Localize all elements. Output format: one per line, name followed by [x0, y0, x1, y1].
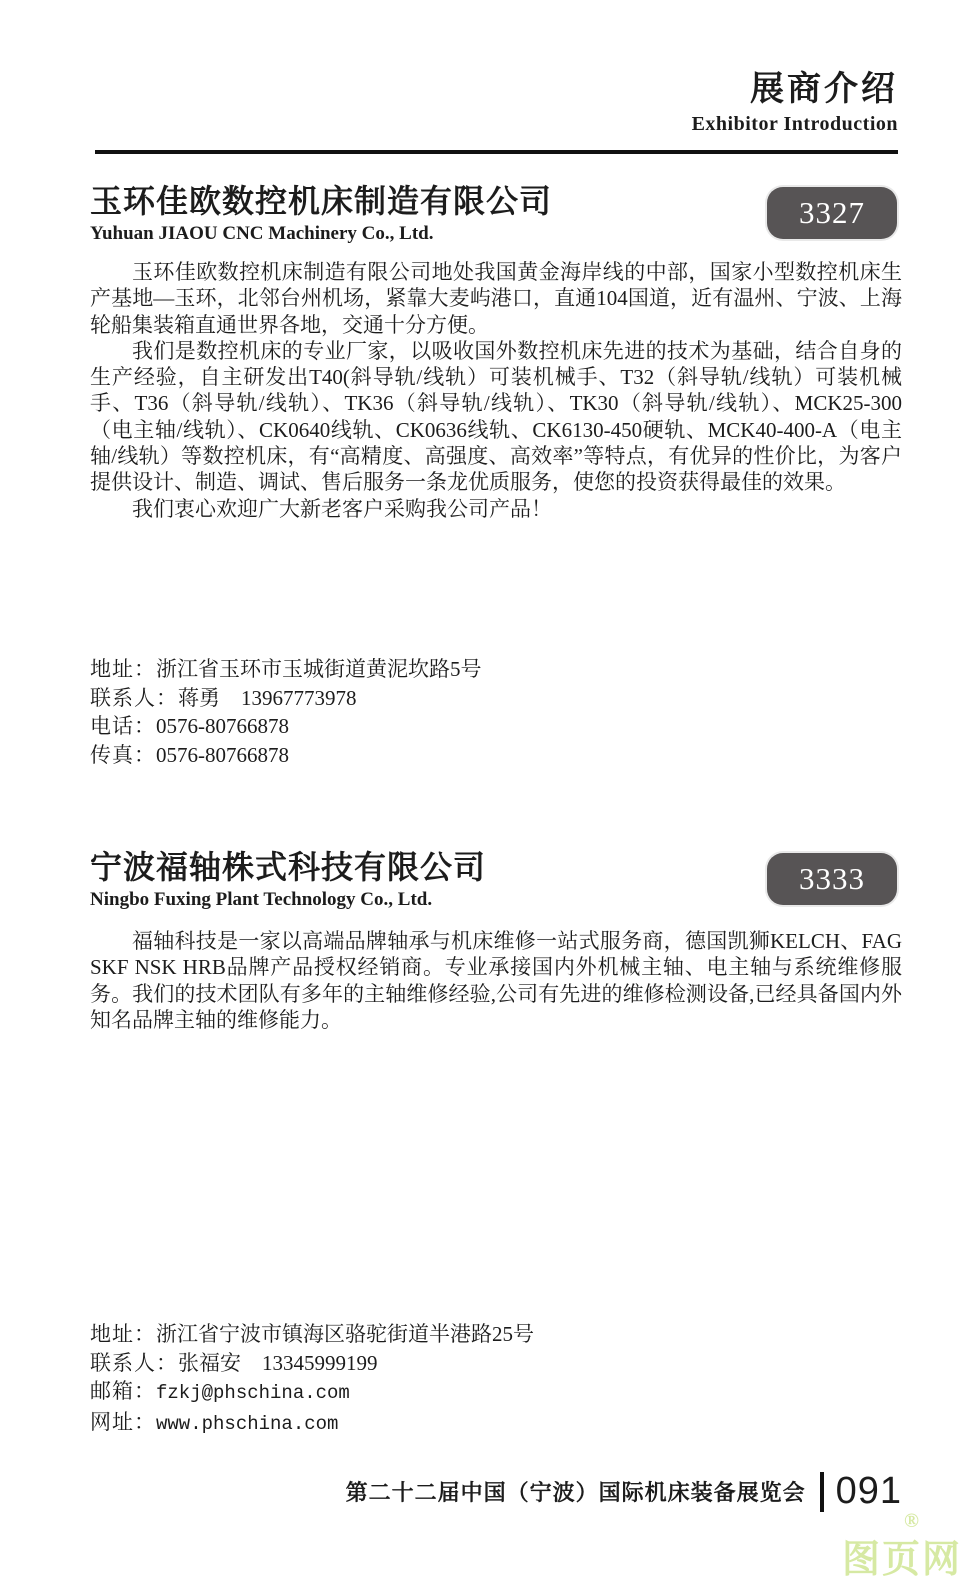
- contact-row-person: 联系人：张福安 13345999199: [90, 1349, 902, 1378]
- paragraph: 玉环佳欧数控机床制造有限公司地处我国黄金海岸线的中部，国家小型数控机床生产基地—…: [90, 259, 902, 338]
- contact-label: 地址：: [90, 1322, 156, 1346]
- paragraph: 我们是数控机床的专业厂家，以吸收国外数控机床先进的技术为基础，结合自身的生产经验…: [90, 338, 902, 496]
- contact-row-email: 邮箱：fzkj@phschina.com: [90, 1377, 902, 1408]
- footer-page-number: 091: [836, 1470, 902, 1513]
- contact-value: 张福安 13345999199: [178, 1351, 378, 1375]
- exhibitor-1-description: 玉环佳欧数控机床制造有限公司地处我国黄金海岸线的中部，国家小型数控机床生产基地—…: [90, 259, 902, 522]
- paragraph: 我们衷心欢迎广大新老客户采购我公司产品！: [90, 496, 902, 522]
- contact-row-fax: 传真：0576-80766878: [90, 741, 902, 770]
- exhibitor-1-header: 玉环佳欧数控机床制造有限公司 Yuhuan JIAOU CNC Machiner…: [90, 183, 900, 245]
- contact-row-person: 联系人：蒋勇 13967773978: [90, 684, 902, 713]
- contact-value-website: www.phschina.com: [156, 1413, 338, 1435]
- paragraph: 福轴科技是一家以高端品牌轴承与机床维修一站式服务商，德国凯狮KELCH、FAG …: [90, 928, 902, 1033]
- watermark-text: 图页网: [842, 1528, 962, 1583]
- contact-label: 联系人：: [90, 1351, 178, 1375]
- exhibitor-1-contacts: 地址：浙江省玉环市玉城街道黄泥坎路5号 联系人：蒋勇 13967773978 电…: [90, 655, 902, 769]
- exhibitor-2-contacts: 地址：浙江省宁波市镇海区骆驼街道半港路25号 联系人：张福安 133459991…: [90, 1320, 902, 1438]
- contact-label: 地址：: [90, 657, 156, 681]
- exhibitor-2-booth-badge: 3333: [767, 853, 897, 905]
- contact-label: 联系人：: [90, 686, 178, 710]
- header-divider: [95, 150, 898, 154]
- contact-value: 0576-80766878: [156, 743, 289, 767]
- exhibitor-1-booth-badge: 3327: [767, 187, 897, 239]
- footer-event-title: 第二十二届中国（宁波）国际机床装备展览会: [346, 1476, 806, 1507]
- catalog-page: 展商介绍 Exhibitor Introduction 玉环佳欧数控机床制造有限…: [0, 0, 980, 1583]
- exhibitor-2-description: 福轴科技是一家以高端品牌轴承与机床维修一站式服务商，德国凯狮KELCH、FAG …: [90, 928, 902, 1033]
- contact-label: 网址：: [90, 1410, 156, 1434]
- contact-row-address: 地址：浙江省玉环市玉城街道黄泥坎路5号: [90, 655, 902, 684]
- tuyewang-watermark-logo: ® 图页网: [842, 1510, 976, 1576]
- contact-value: 0576-80766878: [156, 714, 289, 738]
- contact-label: 电话：: [90, 714, 156, 738]
- contact-value: 浙江省宁波市镇海区骆驼街道半港路25号: [156, 1322, 534, 1346]
- contact-label: 传真：: [90, 743, 156, 767]
- exhibitor-2-header: 宁波福轴株式科技有限公司 Ningbo Fuxing Plant Technol…: [90, 849, 900, 911]
- contact-label: 邮箱：: [90, 1379, 156, 1403]
- page-header: 展商介绍 Exhibitor Introduction: [692, 70, 898, 136]
- contact-row-website: 网址：www.phschina.com: [90, 1408, 902, 1439]
- footer-divider-bar: [820, 1472, 824, 1512]
- contact-row-address: 地址：浙江省宁波市镇海区骆驼街道半港路25号: [90, 1320, 902, 1349]
- contact-value-email: fzkj@phschina.com: [156, 1382, 350, 1404]
- contact-value: 浙江省玉环市玉城街道黄泥坎路5号: [156, 657, 482, 681]
- page-title-zh: 展商介绍: [692, 70, 898, 111]
- page-footer: 第二十二届中国（宁波）国际机床装备展览会 091: [346, 1470, 902, 1513]
- contact-row-phone: 电话：0576-80766878: [90, 712, 902, 741]
- page-title-en: Exhibitor Introduction: [692, 113, 898, 136]
- contact-value: 蒋勇 13967773978: [178, 686, 357, 710]
